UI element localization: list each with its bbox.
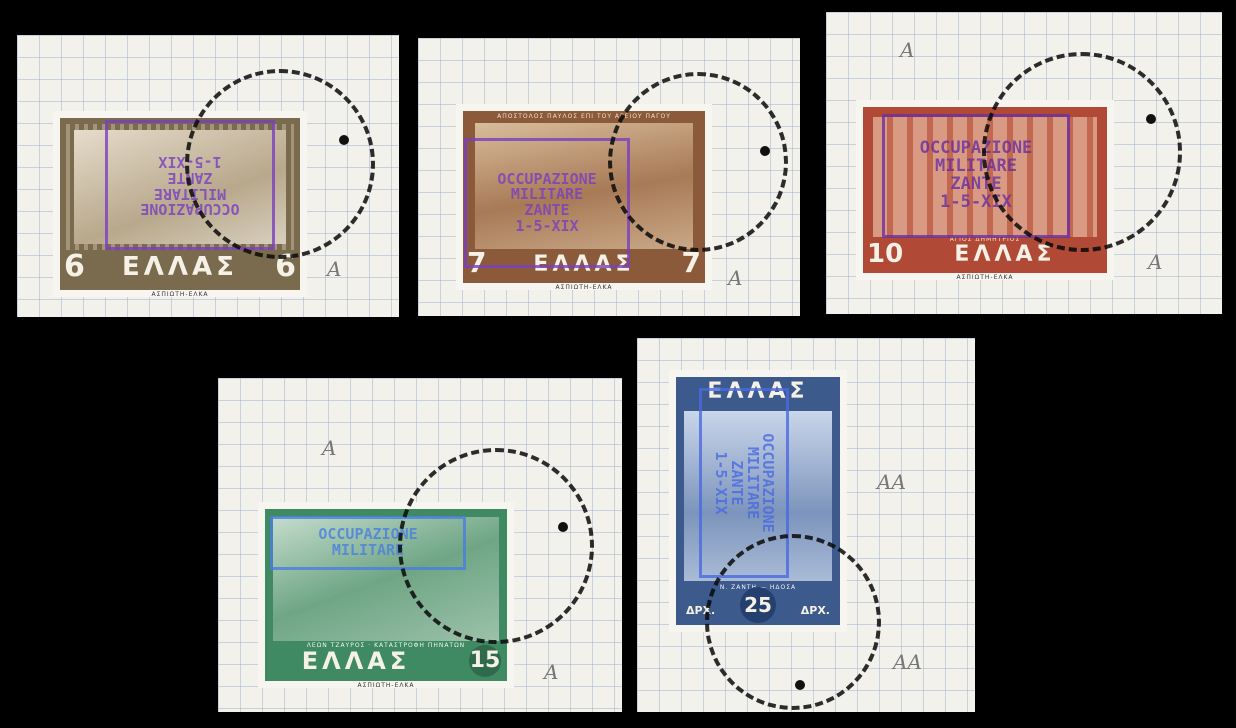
album-piece-7dr: ΑΠΟΣΤΟΛΟΣ ΠΑΥΛΟΣ ΕΠΙ ΤΟΥ ΑΡΕΙΟΥ ΠΑΓΟΥ 7 … bbox=[418, 38, 800, 316]
pencil-mark-2: A bbox=[544, 660, 558, 684]
postmark-cancel bbox=[705, 534, 881, 710]
pencil-mark: A bbox=[900, 38, 914, 62]
pencil-mark: A bbox=[728, 266, 742, 290]
postmark-cancel bbox=[608, 72, 788, 252]
pencil-mark: A bbox=[327, 257, 341, 281]
pencil-mark-2: A bbox=[1148, 250, 1162, 274]
postmark-cancel bbox=[982, 52, 1182, 252]
postmark-dot bbox=[339, 135, 349, 145]
printer-imprint: ΑΣΠΙΩΤΗ-ΕΛΚΑ bbox=[53, 291, 307, 298]
printer-imprint: ΑΣΠΙΩΤΗ-ΕΛΚΑ bbox=[456, 284, 712, 291]
pencil-mark-2: AA bbox=[893, 650, 922, 674]
album-piece-15dr: ΛΕΩΝ ΤΖΑΥΡΟΣ · ΚΑΤΑΣΤΡΟΦΗ ΠΗΝΑΤΩΝ ΕΛΛΑΣ … bbox=[218, 378, 622, 712]
printer-imprint: ΑΣΠΙΩΤΗ-ΕΛΚΑ bbox=[856, 274, 1114, 281]
pencil-mark: A bbox=[322, 436, 336, 460]
album-piece-10dr: ΑΓΙΟΣ ΔΗΜΗΤΡΙΟΣ 10 ΕΛΛΑΣ ΑΣΠΙΩΤΗ-ΕΛΚΑ OC… bbox=[826, 12, 1222, 314]
printer-imprint: ΑΣΠΙΩΤΗ-ΕΛΚΑ bbox=[258, 682, 514, 689]
album-piece-6dr: 6 6 ΕΛΛΑΣ ΑΣΠΙΩΤΗ-ΕΛΚΑ OCCUPAZIONE MILIT… bbox=[17, 35, 399, 317]
overprint: OCCUPAZIONE MILITARE ZANTE 1-5-XIX bbox=[464, 138, 630, 268]
postmark-dot bbox=[795, 680, 805, 690]
album-piece-25dr: ΕΛΛΑΣ Ν. ΖΑΝΤΗ — ΗΔΟΣΑ 25 ΔΡΧ. ΔΡΧ. OCCU… bbox=[637, 338, 975, 712]
denomination: 15 bbox=[469, 645, 501, 677]
pencil-mark: AA bbox=[877, 470, 906, 494]
postmark-dot bbox=[1146, 114, 1156, 124]
postmark-cancel bbox=[398, 448, 594, 644]
postmark-cancel bbox=[185, 69, 375, 259]
postmark-dot bbox=[760, 146, 770, 156]
postmark-dot bbox=[558, 522, 568, 532]
